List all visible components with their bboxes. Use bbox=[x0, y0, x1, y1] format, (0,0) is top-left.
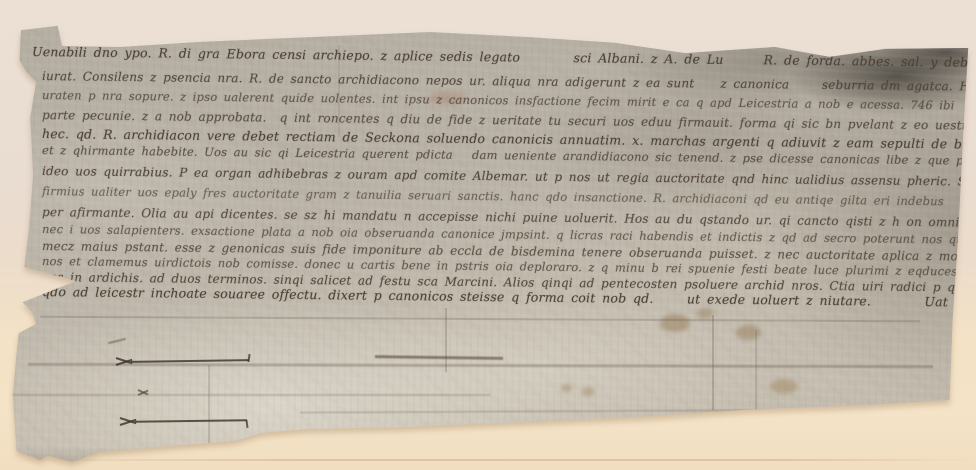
manuscript-line: firmius ualiter uos epaly fres auctorita… bbox=[42, 184, 944, 208]
seal-slit-arrow-lower bbox=[120, 413, 248, 429]
photo-backdrop: Uenabili dno ypo. R. di gra Ebora censi … bbox=[0, 0, 976, 470]
parchment-document: Uenabili dno ypo. R. di gra Ebora censi … bbox=[0, 0, 976, 470]
arrow-shaft bbox=[135, 419, 247, 423]
manuscript-line: Uenabili dno ypo. R. di gra Ebora censi … bbox=[32, 45, 976, 71]
seal-slit-arrow-upper bbox=[116, 353, 250, 369]
parchment-surface: Uenabili dno ypo. R. di gra Ebora censi … bbox=[0, 0, 976, 470]
chevron-mark bbox=[138, 386, 152, 398]
arrow-shaft bbox=[131, 359, 249, 363]
manuscript-text: Uenabili dno ypo. R. di gra Ebora censi … bbox=[0, 0, 976, 470]
